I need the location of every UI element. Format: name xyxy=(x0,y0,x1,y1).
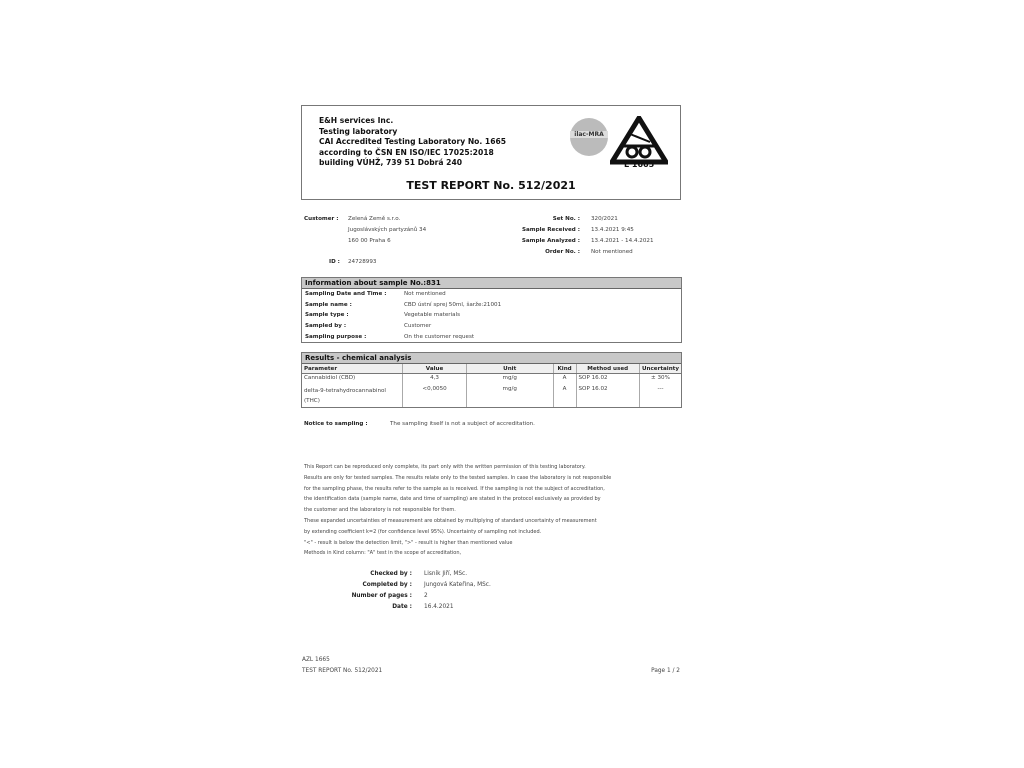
notice-text: The sampling itself is not a subject of … xyxy=(390,421,535,427)
sample-info-row: Sample name :CBD ústní sprej 50ml, šarže… xyxy=(302,300,681,311)
table-row: Cannabidiol (CBD) 4,3 mg/g A SOP 16.02 ±… xyxy=(302,374,681,386)
completed-by-label: Completed by : xyxy=(363,582,412,588)
disclaimer-line: This Report can be reproduced only compl… xyxy=(304,462,611,473)
results-header-row: Parameter Value Unit Kind Method used Un… xyxy=(302,364,681,374)
sampling-purpose-value: On the customer request xyxy=(404,334,474,340)
sample-info-row: Sampling purpose :On the customer reques… xyxy=(302,332,681,343)
customer-id: 24728993 xyxy=(348,259,376,265)
cell-value: <0,0050 xyxy=(403,385,466,407)
cell-parameter: Cannabidiol (CBD) xyxy=(302,374,403,386)
cell-method: SOP 16.02 xyxy=(576,374,639,386)
lab-standard: according to ČSN EN ISO/IEC 17025:2018 xyxy=(319,148,506,159)
col-uncertainty: Uncertainty xyxy=(639,364,681,374)
sample-type-label: Sample type : xyxy=(305,312,349,318)
sample-name-value: CBD ústní sprej 50ml, šarže:21001 xyxy=(404,302,501,308)
sample-type-value: Vegetable materials xyxy=(404,312,460,318)
cell-value: 4,3 xyxy=(403,374,466,386)
sampling-date-label: Sampling Date and Time : xyxy=(305,291,387,297)
lab-name: E&H services Inc. xyxy=(319,116,506,127)
disclaimer: This Report can be reproduced only compl… xyxy=(304,462,611,559)
sample-info-row: Sampled by :Customer xyxy=(302,321,681,332)
disclaimer-line: the customer and the laboratory is not r… xyxy=(304,505,611,516)
footer-report-no: TEST REPORT No. 512/2021 xyxy=(302,668,382,674)
customer-city: 160 00 Praha 6 xyxy=(348,238,391,244)
pages-label: Number of pages : xyxy=(352,593,412,599)
col-parameter: Parameter xyxy=(302,364,403,374)
order-no-label: Order No. : xyxy=(545,249,580,255)
sample-info-row: Sampling Date and Time :Not mentioned xyxy=(302,289,681,300)
disclaimer-line: the identification data (sample name, da… xyxy=(304,494,611,505)
notice-label: Notice to sampling : xyxy=(304,421,368,427)
disclaimer-line: for the sampling phase, the results refe… xyxy=(304,484,611,495)
results-table: Parameter Value Unit Kind Method used Un… xyxy=(302,364,681,407)
footer-page-number: Page 1 / 2 xyxy=(651,668,680,674)
customer-name: Zelená Země s.r.o. xyxy=(348,216,400,222)
cell-uncertainty: --- xyxy=(639,385,681,407)
sample-name-label: Sample name : xyxy=(305,302,352,308)
table-row: delta-9-tetrahydrocannabinol (THC) <0,00… xyxy=(302,385,681,407)
lab-address: building VÚHŽ, 739 51 Dobrá 240 xyxy=(319,158,506,169)
sample-info-title: Information about sample No.:831 xyxy=(302,278,681,289)
sampled-by-value: Customer xyxy=(404,323,431,329)
disclaimer-line: Results are only for tested samples. The… xyxy=(304,473,611,484)
col-unit: Unit xyxy=(466,364,553,374)
col-value: Value xyxy=(403,364,466,374)
date-value: 16.4.2021 xyxy=(424,604,454,610)
disclaimer-line: by extending coefficient k=2 (for confid… xyxy=(304,527,611,538)
report-title: TEST REPORT No. 512/2021 xyxy=(302,179,680,192)
results-title: Results - chemical analysis xyxy=(302,353,681,364)
date-label: Date : xyxy=(392,604,412,610)
lab-info: E&H services Inc. Testing laboratory CAI… xyxy=(319,116,506,169)
ilac-mra-logo-icon: ilac-MRA xyxy=(570,118,608,156)
cai-triangle-logo-icon xyxy=(610,116,668,166)
checked-by-value: Lisník Jiří, MSc. xyxy=(424,571,467,577)
report-header: E&H services Inc. Testing laboratory CAI… xyxy=(301,105,681,200)
lab-number-label: L 1665 xyxy=(624,160,654,169)
cell-uncertainty: ± 30% xyxy=(639,374,681,386)
cell-parameter: delta-9-tetrahydrocannabinol (THC) xyxy=(302,385,403,407)
cell-kind: A xyxy=(553,374,576,386)
ilac-logo-text: ilac-MRA xyxy=(570,131,608,138)
disclaimer-line: Methods in Kind column: "A" test in the … xyxy=(304,548,611,559)
sample-received: 13.4.2021 9:45 xyxy=(591,227,634,233)
disclaimer-line: "<" - result is below the detection limi… xyxy=(304,538,611,549)
col-method: Method used xyxy=(576,364,639,374)
sampling-date-value: Not mentioned xyxy=(404,291,446,297)
sample-analyzed-label: Sample Analyzed : xyxy=(522,238,580,244)
footer-lab-id: AZL 1665 xyxy=(302,657,330,663)
sample-analyzed: 13.4.2021 - 14.4.2021 xyxy=(591,238,654,244)
cell-unit: mg/g xyxy=(466,374,553,386)
set-no: 320/2021 xyxy=(591,216,618,222)
lab-type: Testing laboratory xyxy=(319,127,506,138)
lab-accreditation: CAI Accredited Testing Laboratory No. 16… xyxy=(319,137,506,148)
customer-id-label: ID : xyxy=(329,259,340,265)
cell-method: SOP 16.02 xyxy=(576,385,639,407)
order-no: Not mentioned xyxy=(591,249,633,255)
customer-label: Customer : xyxy=(304,216,339,222)
set-no-label: Set No. : xyxy=(553,216,580,222)
sampled-by-label: Sampled by : xyxy=(305,323,346,329)
col-kind: Kind xyxy=(553,364,576,374)
checked-by-label: Checked by : xyxy=(370,571,412,577)
sample-received-label: Sample Received : xyxy=(522,227,580,233)
completed-by-value: Jungová Kateřina, MSc. xyxy=(424,582,491,588)
results-section: Results - chemical analysis Parameter Va… xyxy=(301,352,682,408)
disclaimer-line: These expanded uncertainties of measurem… xyxy=(304,516,611,527)
sampling-purpose-label: Sampling purpose : xyxy=(305,334,366,340)
sample-info-row: Sample type :Vegetable materials xyxy=(302,310,681,321)
cell-unit: mg/g xyxy=(466,385,553,407)
sample-info-section: Information about sample No.:831 Samplin… xyxy=(301,277,682,343)
pages-value: 2 xyxy=(424,593,428,599)
customer-street: Jugoslávských partyzánů 34 xyxy=(348,227,426,233)
cell-kind: A xyxy=(553,385,576,407)
